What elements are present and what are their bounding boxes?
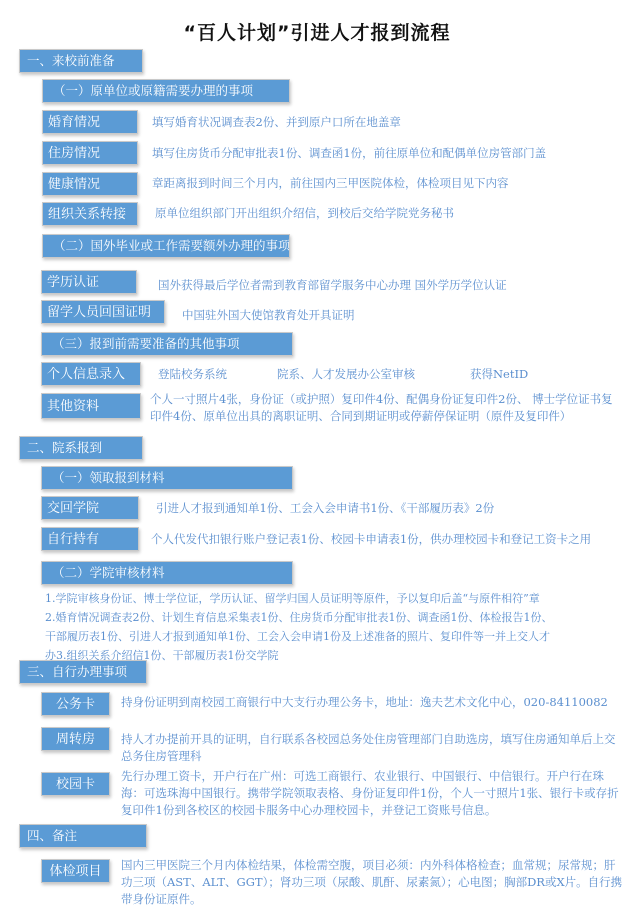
label-marriage: 婚育情况 bbox=[42, 110, 138, 134]
text-campus-card: 先行办理工资卡，开户行在广州：可选工商银行、农业银行、中国银行、中信银行。开户行… bbox=[121, 768, 621, 819]
subsection-heading-overseas: （二）国外毕业或工作需要额外办理的事项 bbox=[42, 234, 290, 258]
text-marriage: 填写婚育状况调查表2份、并到原户口所在地盖章 bbox=[152, 114, 622, 131]
text-return-cert: 中国驻外国大使馆教育处开具证明 bbox=[182, 307, 622, 324]
section-heading-notes: 四、备注 bbox=[19, 824, 147, 848]
label-housing: 住房情况 bbox=[42, 141, 138, 165]
label-return-to-college: 交回学院 bbox=[41, 496, 139, 520]
text-degree-cert: 国外获得最后学位者需到教育部留学服务中心办理 国外学历学位认证 bbox=[158, 277, 628, 294]
label-other-docs: 其他资料 bbox=[41, 393, 141, 419]
text-housing: 填写住房货币分配审批表1份、调查函1份，前往原单位和配偶单位房管部门盖 bbox=[152, 145, 632, 162]
step-login: 登陆校务系统 bbox=[158, 366, 227, 383]
step-review: 院系、人才发展办公室审核 bbox=[277, 366, 415, 383]
text-official-card: 持身份证明到南校园工商银行中大支行办理公务卡，地址：逸夫艺术文化中心，020-8… bbox=[121, 694, 631, 711]
page-title: “百人计划”引进人才报到流程 bbox=[0, 18, 634, 45]
review-line-2: 2.婚育情况调查表2份、计划生育信息采集表1份、住房货币分配审批表1份、调查函1… bbox=[45, 608, 630, 627]
section-heading-self-service: 三、自行办理事项 bbox=[19, 660, 147, 684]
section-heading-department: 二、院系报到 bbox=[19, 436, 143, 460]
text-medical-exam: 国内三甲医院三个月内体检结果，体检需空腹，项目必须：内外科体格检查；血常规；尿常… bbox=[121, 857, 626, 908]
label-health: 健康情况 bbox=[42, 172, 138, 196]
text-keep: 个人代发代扣银行账户登记表1份、校园卡申请表1份，供办理校园卡和登记工资卡之用 bbox=[151, 531, 631, 548]
review-line-3: 干部履历表1份、引进人才报到通知单1份、工会入会申请1份及上述准备的照片、复印件… bbox=[45, 627, 630, 646]
review-line-1: 1.学院审核身份证、博士学位证，学历认证、留学归国人员证明等原件，予以复印后盖“… bbox=[45, 589, 630, 608]
subsection-heading-review: （二）学院审核材料 bbox=[41, 561, 293, 585]
text-return-to-college: 引进人才报到通知单1份、工会入会申请书1份、《干部履历表》2份 bbox=[156, 500, 626, 517]
subsection-heading-original-unit: （一）原单位或原籍需要办理的事项 bbox=[42, 79, 290, 103]
label-campus-card: 校园卡 bbox=[41, 772, 110, 796]
subsection-heading-other-prep: （三）报到前需要准备的其他事项 bbox=[41, 332, 293, 356]
text-health: 章距离报到时间三个月内，前往国内三甲医院体检，体检项目见下内容 bbox=[152, 175, 622, 192]
label-official-card: 公务卡 bbox=[41, 692, 110, 716]
step-netid: 获得NetID bbox=[470, 366, 528, 383]
section-heading-preparation: 一、来校前准备 bbox=[19, 49, 143, 73]
label-keep: 自行持有 bbox=[41, 527, 139, 551]
text-other-docs: 个人一寸照片4张，身份证（或护照）复印件4份、配偶身份证复印件2份、 博士学位证… bbox=[150, 391, 620, 425]
text-temp-housing: 持人才办提前开具的证明，自行联系各校园总务处住房管理部门自助选房，填写住房通知单… bbox=[121, 731, 621, 765]
label-temp-housing: 周转房 bbox=[41, 727, 110, 751]
subsection-heading-collect: （一）领取报到材料 bbox=[41, 466, 293, 490]
label-return-cert: 留学人员回国证明 bbox=[41, 300, 165, 324]
label-medical-exam: 体检项目 bbox=[41, 859, 110, 883]
label-degree-cert: 学历认证 bbox=[41, 270, 137, 294]
label-party-transfer: 组织关系转接 bbox=[42, 202, 138, 226]
label-personal-info: 个人信息录入 bbox=[41, 362, 141, 386]
review-list: 1.学院审核身份证、博士学位证，学历认证、留学归国人员证明等原件，予以复印后盖“… bbox=[45, 589, 630, 665]
text-party-transfer: 原单位组织部门开出组织介绍信，到校后交给学院党务秘书 bbox=[155, 205, 625, 222]
